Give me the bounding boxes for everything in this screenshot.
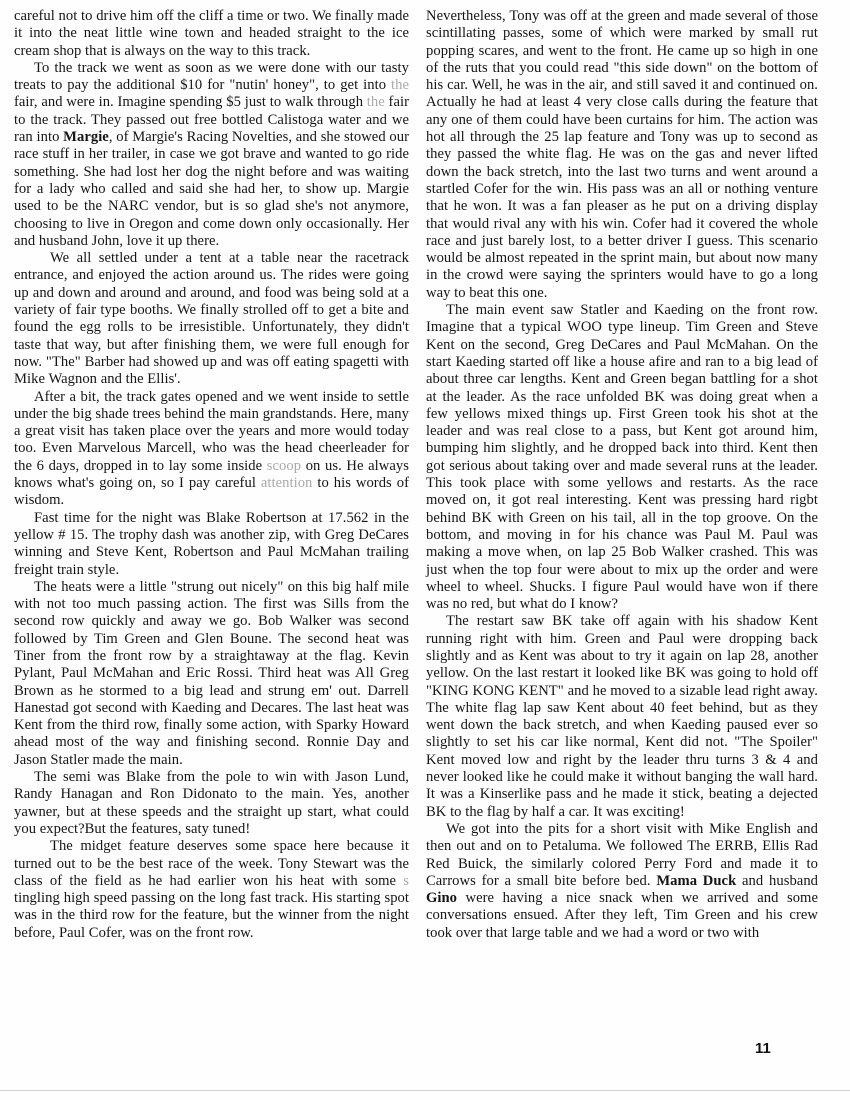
damaged-text: the (391, 77, 409, 93)
paragraph: We got into the pits for a short visit w… (426, 821, 818, 942)
paragraph: The main event saw Statler and Kaeding o… (426, 302, 818, 613)
text-run: The midget feature deserves some space h… (14, 838, 409, 889)
paragraph: We all settled under a tent at a table n… (14, 250, 409, 388)
text-run: fair, and were in. Imagine spending $5 j… (14, 94, 367, 110)
page-bottom-edge (0, 1090, 850, 1091)
paragraph: Nevertheless, Tony was off at the green … (426, 8, 818, 302)
paragraph: Fast time for the night was Blake Robert… (14, 510, 409, 579)
bold-name: Margie (63, 129, 109, 145)
damaged-text: the (367, 94, 385, 110)
paragraph: The midget feature deserves some space h… (14, 838, 409, 942)
damaged-text: scoop (267, 458, 301, 474)
bold-name: Gino (426, 890, 457, 906)
paragraph: The heats were a little "strung out nice… (14, 579, 409, 769)
text-run: To the track we went as soon as we were … (14, 60, 409, 93)
text-run: and husband (736, 873, 818, 889)
damaged-text: attention (261, 475, 313, 491)
paragraph: To the track we went as soon as we were … (14, 60, 409, 250)
text-run: tingling high speed passing on the long … (14, 890, 409, 941)
text-run: were having a nice snack when we arrived… (426, 890, 818, 941)
right-column: Nevertheless, Tony was off at the green … (426, 8, 818, 942)
page-number: 11 (755, 1040, 771, 1057)
document-page: careful not to drive him off the cliff a… (0, 0, 850, 1100)
damaged-text: s (403, 873, 409, 889)
left-column: careful not to drive him off the cliff a… (14, 8, 409, 942)
paragraph: The restart saw BK take off again with h… (426, 613, 818, 821)
paragraph: The semi was Blake from the pole to win … (14, 769, 409, 838)
paragraph: After a bit, the track gates opened and … (14, 389, 409, 510)
paragraph: careful not to drive him off the cliff a… (14, 8, 409, 60)
bold-name: Mama Duck (656, 873, 736, 889)
text-run: , of Margie's Racing Novelties, and she … (14, 129, 409, 249)
